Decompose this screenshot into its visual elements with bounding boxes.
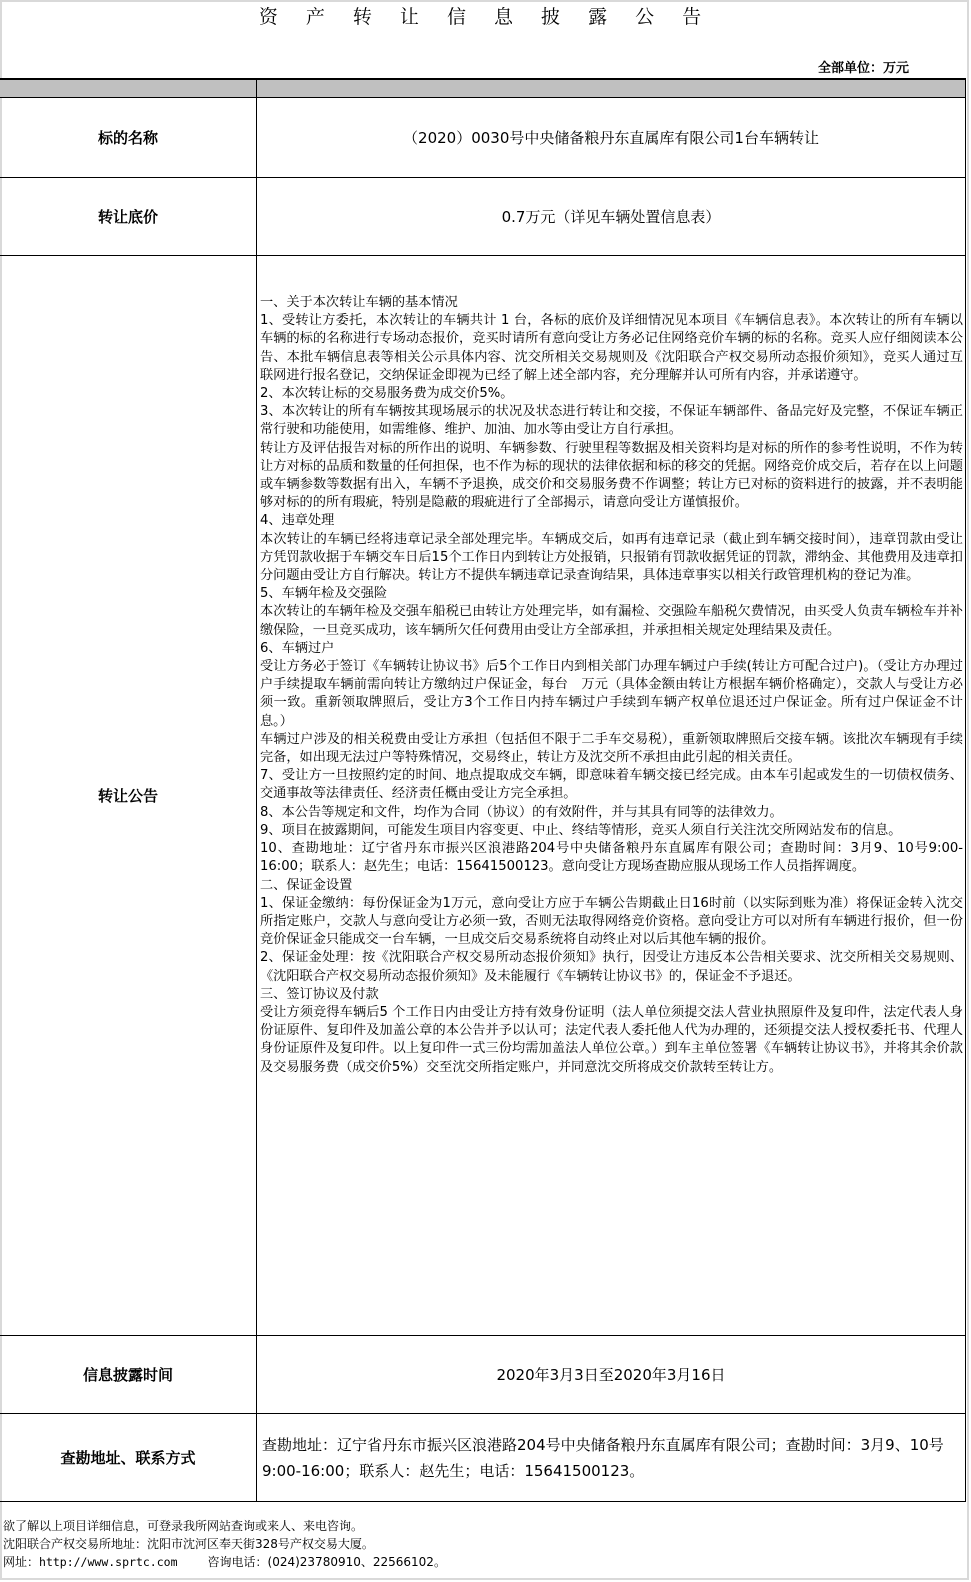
announcement-paragraph: 1、受转让方委托，本次转让的车辆共计 1 台，各标的底价及详细情况见本项目《车辆… [260,312,963,385]
row-reserve-price: 转让底价 0.7万元（详见车辆处置信息表） [0,178,966,256]
reserve-price-value: 0.7万元（详见车辆处置信息表） [257,178,966,256]
phone-label: 咨询电话： [208,1555,268,1569]
announcement-paragraph: 10、查勘地址：辽宁省丹东市振兴区浪港路204号中央储备粮丹东直属库有限公司；查… [260,840,963,876]
website-label: 网址： [3,1555,39,1569]
announcement-paragraph: 受让方须竞得车辆后5 个工作日内由受让方持有效身份证明（法人单位须提交法人营业执… [260,1004,963,1077]
announcement-paragraph: 车辆过户涉及的相关税费由受让方承担（包括但不限于二手车交易税），重新领取牌照后交… [260,731,963,767]
unit-label: 全部单位：万元 [818,60,909,78]
subject-name-value: （2020）0030号中央储备粮丹东直属库有限公司1台车辆转让 [257,98,966,178]
contact-value: 查勘地址：辽宁省丹东市振兴区浪港路204号中央储备粮丹东直属库有限公司；查勘时间… [257,1414,966,1502]
header-cell-left [0,79,257,98]
announcement-paragraph: 7、受让方一旦按照约定的时间、地点提取成交车辆，即意味着车辆交接已经完成。由本车… [260,767,963,803]
announcement-section-3-heading: 三、签订协议及付款 [260,986,963,1004]
announcement-paragraph: 1、保证金缴纳：每份保证金为1万元，意向受让方应于车辆公告期截止日16时前（以实… [260,895,963,950]
announcement-paragraph: 8、本公告等规定和文件，均作为合同（协议）的有效附件，并与其具有同等的法律效力。 [260,804,963,822]
announcement-paragraph: 本次转让的车辆已经将违章记录全部处理完毕。车辆成交后，如再有违章记录（截止到车辆… [260,531,963,586]
announcement-paragraph: 2、保证金处理：按《沈阳联合产权交易所动态报价须知》执行，因受让方违反本公告相关… [260,949,963,985]
row-contact: 查勘地址、联系方式 查勘地址：辽宁省丹东市振兴区浪港路204号中央储备粮丹东直属… [0,1414,966,1502]
row-announcement: 转让公告 一、关于本次转让车辆的基本情况 1、受转让方委托，本次转让的车辆共计 … [0,256,966,1336]
disclosure-period-value: 2020年3月3日至2020年3月16日 [257,1336,966,1414]
website-link[interactable]: http://www.sprtc.com [39,1555,177,1569]
subject-name-label: 标的名称 [0,98,257,178]
phone-value: (024)23780910、22566102。 [268,1555,446,1569]
announcement-body: 一、关于本次转让车辆的基本情况 1、受转让方委托，本次转让的车辆共计 1 台，各… [257,256,966,1336]
announcement-paragraph: 本次转让的车辆年检及交强车船税已由转让方处理完毕，如有漏检、交强险车船税欠费情况… [260,603,963,639]
announcement-label: 转让公告 [0,256,257,1336]
announcement-paragraph: 2、本次转让标的交易服务费为成交价5%。 [260,385,963,403]
announcement-section-1-heading: 一、关于本次转让车辆的基本情况 [260,294,963,312]
footer-line-address: 沈阳联合产权交易所地址：沈阳市沈河区奉天街328号产权交易大厦。 [3,1535,446,1553]
page-title: 资 产 转 让 信 息 披 露 公 告 [0,4,971,30]
footer-line-inquiry: 欲了解以上项目详细信息，可登录我所网站查询或来人、来电咨询。 [3,1517,446,1535]
announcement-paragraph: 转让方及评估报告对标的所作出的说明、车辆参数、行驶里程等数据及相关资料均是对标的… [260,440,963,513]
header-cell-right [257,79,966,98]
table-header-band [0,79,966,98]
row-subject-name: 标的名称 （2020）0030号中央储备粮丹东直属库有限公司1台车辆转让 [0,98,966,178]
row-disclosure-period: 信息披露时间 2020年3月3日至2020年3月16日 [0,1336,966,1414]
announcement-subheading: 6、车辆过户 [260,640,963,658]
announcement-paragraph: 3、本次转让的所有车辆按其现场展示的状况及状态进行转让和交接，不保证车辆部件、备… [260,403,963,439]
disclosure-table: 标的名称 （2020）0030号中央储备粮丹东直属库有限公司1台车辆转让 转让底… [0,78,966,1502]
announcement-subheading: 5、车辆年检及交强险 [260,585,963,603]
footer-info: 欲了解以上项目详细信息，可登录我所网站查询或来人、来电咨询。 沈阳联合产权交易所… [3,1517,446,1571]
announcement-paragraph: 9、项目在披露期间，可能发生项目内容变更、中止、终结等情形，竞买人须自行关注沈交… [260,822,963,840]
announcement-paragraph: 受让方务必于签订《车辆转让协议书》后5个工作日内到相关部门办理车辆过户手续(转让… [260,658,963,731]
contact-label: 查勘地址、联系方式 [0,1414,257,1502]
disclosure-period-label: 信息披露时间 [0,1336,257,1414]
announcement-section-2-heading: 二、保证金设置 [260,877,963,895]
reserve-price-label: 转让底价 [0,178,257,256]
footer-line-contact: 网址：http://www.sprtc.com咨询电话：(024)2378091… [3,1553,446,1571]
announcement-subheading: 4、违章处理 [260,512,963,530]
